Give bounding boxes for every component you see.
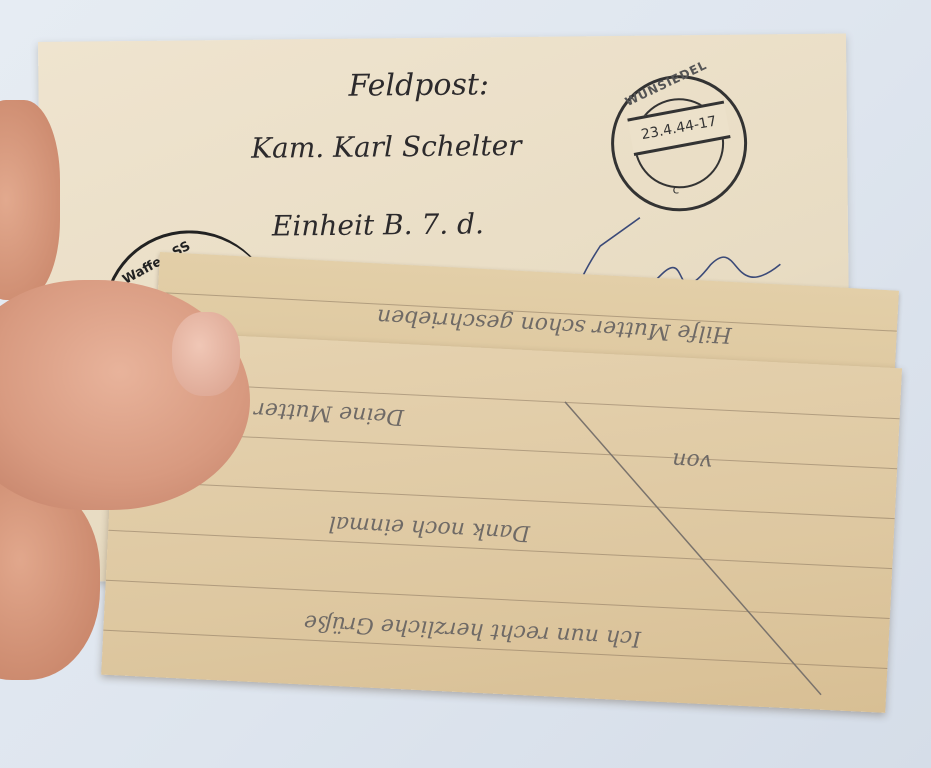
postmark-stamp: WUNSIEDEL 23.4.44-17 c (610, 75, 747, 212)
back-card-text: Hilfe Mutter schon geschrieben (376, 303, 732, 347)
address-line-unit: Einheit B. 7. d. (272, 207, 484, 242)
pencil-diagonal-line (541, 391, 855, 705)
photo-scene: Feldpost: Kam. Karl Schelter Einheit B. … (0, 0, 931, 768)
thumbnail (172, 312, 240, 396)
address-line-recipient: Kam. Karl Schelter (251, 129, 522, 165)
hand-fingers (0, 100, 60, 300)
postmark-letter: c (673, 182, 680, 196)
front-card-line-1: Deine Mutter (254, 397, 405, 429)
front-card-line-3: Dank noch einmal (328, 511, 530, 546)
address-line-feldpost: Feldpost: (348, 67, 489, 103)
